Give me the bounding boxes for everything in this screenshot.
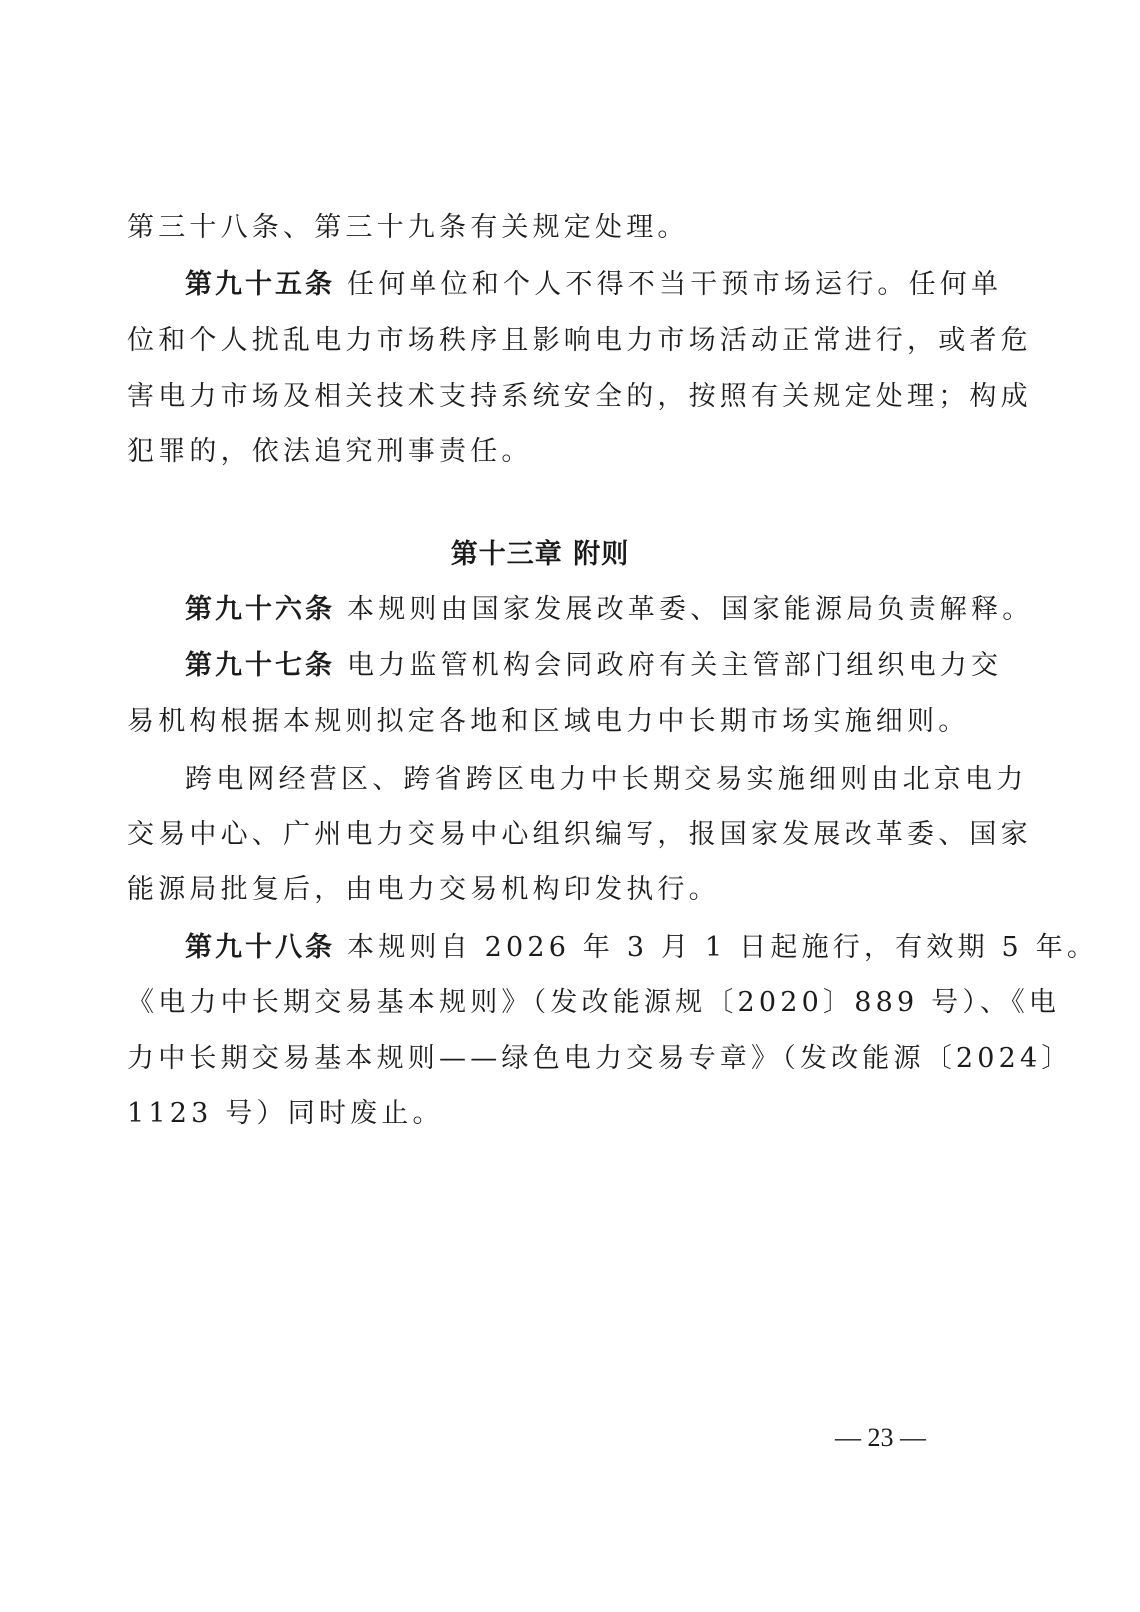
- article-95-line: 犯罪的，依法追究刑事责任。: [127, 432, 947, 472]
- chapter-heading: 第十三章 附则: [0, 535, 1080, 575]
- article-97-line: 易机构根据本规则拟定各地和区域电力中长期市场实施细则。: [127, 702, 947, 742]
- article-text: 任何单位和个人不得不当干预市场运行。任何单: [347, 269, 1002, 300]
- article-text: 本规则由国家发展改革委、国家能源局负责解释。: [347, 594, 1033, 625]
- article-98-first-line: 第九十八条本规则自 2026 年 3 月 1 日起施行，有效期 5 年。: [185, 928, 945, 968]
- article-98-line: 《电力中长期交易基本规则》（发改能源规〔2020〕889 号）、《电: [127, 983, 947, 1023]
- article-95-first-line: 第九十五条任何单位和个人不得不当干预市场运行。任何单: [185, 265, 945, 305]
- article-number: 第九十六条: [185, 594, 335, 625]
- page-number: — 23 —: [835, 1420, 955, 1456]
- article-98-line: 1123 号）同时废止。: [127, 1094, 947, 1134]
- article-96-first-line: 第九十六条本规则由国家发展改革委、国家能源局负责解释。: [185, 590, 945, 630]
- article-98-line: 力中长期交易基本规则——绿色电力交易专章》（发改能源〔2024〕: [127, 1039, 947, 1079]
- document-page: 第三十八条、第三十九条有关规定处理。 第九十五条任何单位和个人不得不当干预市场运…: [0, 0, 1140, 1612]
- article-number: 第九十五条: [185, 269, 335, 300]
- article-97-first-line: 第九十七条电力监管机构会同政府有关主管部门组织电力交: [185, 646, 945, 686]
- article-number: 第九十八条: [185, 932, 335, 963]
- article-number: 第九十七条: [185, 650, 335, 681]
- article-text: 电力监管机构会同政府有关主管部门组织电力交: [347, 650, 1002, 681]
- article-95-line: 位和个人扰乱电力市场秩序且影响电力市场活动正常进行，或者危: [127, 321, 947, 361]
- article-text: 本规则自 2026 年 3 月 1 日起施行，有效期 5 年。: [347, 932, 1098, 963]
- paragraph-first-line: 跨电网经营区、跨省跨区电力中长期交易实施细则由北京电力: [185, 760, 945, 800]
- paragraph-line: 交易中心、广州电力交易中心组织编写，报国家发展改革委、国家: [127, 815, 947, 855]
- paragraph-line: 能源局批复后，由电力交易机构印发执行。: [127, 870, 947, 910]
- continuation-line: 第三十八条、第三十九条有关规定处理。: [127, 208, 947, 248]
- article-95-line: 害电力市场及相关技术支持系统安全的，按照有关规定处理；构成: [127, 377, 947, 417]
